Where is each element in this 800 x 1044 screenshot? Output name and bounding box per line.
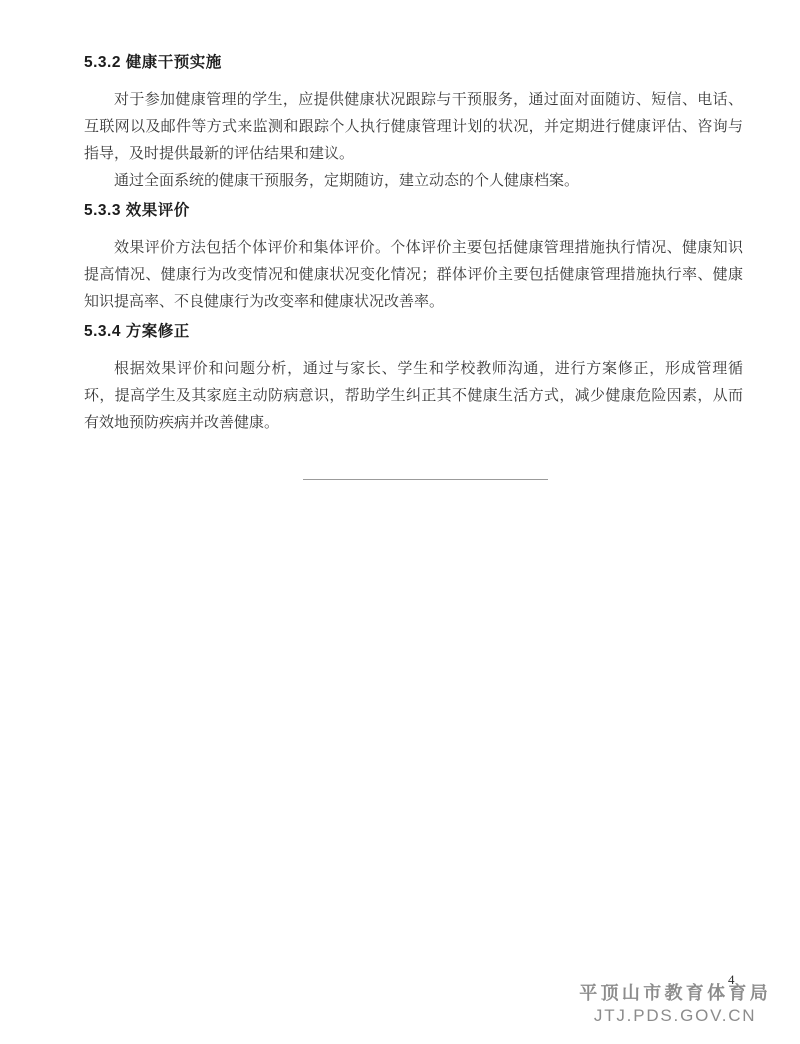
section-5-3-3: 5.3.3 效果评价 效果评价方法包括个体评价和集体评价。个体评价主要包括健康管…	[84, 201, 743, 316]
paragraph-health-archive: 通过全面系统的健康干预服务，定期随访，建立动态的个人健康档案。	[84, 168, 743, 195]
footnote-divider	[303, 479, 548, 480]
section-heading-5-3-2: 5.3.2 健康干预实施	[84, 53, 743, 73]
agency-watermark: 平顶山市教育体育局 JTJ.PDS.GOV.CN	[579, 983, 771, 1025]
page-number: 4	[728, 972, 735, 988]
section-heading-5-3-4: 5.3.4 方案修正	[84, 322, 743, 342]
paragraph-plan-revision: 根据效果评价和问题分析，通过与家长、学生和学校教师沟通，进行方案修正，形成管理循…	[84, 356, 743, 437]
watermark-domain-url: JTJ.PDS.GOV.CN	[579, 1007, 771, 1025]
paragraph-effect-evaluation: 效果评价方法包括个体评价和集体评价。个体评价主要包括健康管理措施执行情况、健康知…	[84, 235, 743, 316]
document-page: 5.3.2 健康干预实施 对于参加健康管理的学生，应提供健康状况跟踪与干预服务，…	[0, 0, 800, 1044]
watermark-org-name: 平顶山市教育体育局	[579, 983, 771, 1003]
section-5-3-2: 5.3.2 健康干预实施 对于参加健康管理的学生，应提供健康状况跟踪与干预服务，…	[84, 53, 743, 195]
section-heading-5-3-3: 5.3.3 效果评价	[84, 201, 743, 221]
section-5-3-4: 5.3.4 方案修正 根据效果评价和问题分析，通过与家长、学生和学校教师沟通，进…	[84, 322, 743, 437]
paragraph-intervention-implementation: 对于参加健康管理的学生，应提供健康状况跟踪与干预服务，通过面对面随访、短信、电话…	[84, 87, 743, 168]
